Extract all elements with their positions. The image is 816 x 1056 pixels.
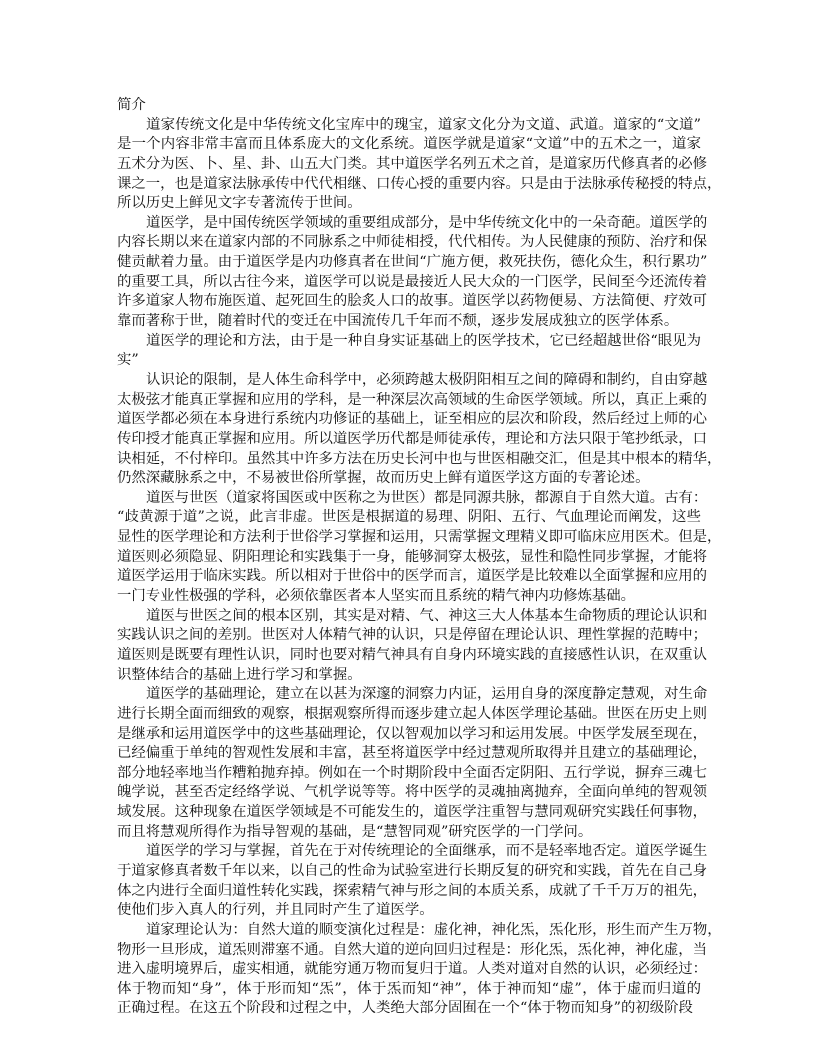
document-page: 简介 道家传统文化是中华传统文化宝库中的瑰宝，道家文化分为文道、武道。道家的“文… bbox=[117, 96, 701, 1019]
text-line: 道医与世医（道家将国医或中医称之为世医）都是同源共脉，都源自于自然大道。古有： bbox=[117, 489, 701, 509]
text-line: 传印授才能真正掌握和应用。所以道医学历代都是师徒承传，理论和方法只限于笔抄纸录，… bbox=[117, 430, 701, 450]
text-line: 道医学运用于临床实践。所以相对于世俗中的医学而言，道医学是比较难以全面掌握和应用… bbox=[117, 567, 701, 587]
text-line: 的重要工具，所以古往今来，道医学可以说是最接近人民大众的一门医学，民间至今还流传… bbox=[117, 273, 701, 293]
text-line: 识整体结合的基础上进行学习和掌握。 bbox=[117, 666, 701, 686]
text-line: 许多道家人物布施医道、起死回生的脍炙人口的故事。道医学以药物便易、方法简便、疗效… bbox=[117, 292, 701, 312]
paragraph: 道医学的学习与掌握，首先在于对传统理论的全面继承，而不是轻率地否定。道医学诞生于… bbox=[117, 842, 701, 921]
text-line: 道医学都必须在本身进行系统内功修证的基础上，证至相应的层次和阶段，然后经过上师的… bbox=[117, 410, 701, 430]
text-line: 道医学的学习与掌握，首先在于对传统理论的全面继承，而不是轻率地否定。道医学诞生 bbox=[117, 842, 701, 862]
text-line: 道医则是既要有理性认识，同时也要对精气神具有自身内环境实践的直接感性认识，在双重… bbox=[117, 646, 701, 666]
text-line: 靠而著称于世，随着时代的变迁在中国流传几千年而不颓，逐步发展成独立的医学体系。 bbox=[117, 312, 701, 332]
text-line: “歧黄源于道”之说，此言非虚。世医是根据道的易理、阴阳、五行、气血理论而阐发，这… bbox=[117, 508, 701, 528]
text-line: 已经偏重于单纯的智观性发展和丰富，甚至将道医学中经过慧观所取得并且建立的基础理论… bbox=[117, 744, 701, 764]
text-line: 显性的医学理论和方法利于世俗学习掌握和运用，只需掌握文理精义即可临床应用医术。但… bbox=[117, 528, 701, 548]
text-line: 是一个内容非常丰富而且体系庞大的文化系统。道医学就是道家“文道”中的五术之一，道… bbox=[117, 135, 701, 155]
paragraph: 道医与世医（道家将国医或中医称之为世医）都是同源共脉，都源自于自然大道。古有：“… bbox=[117, 489, 701, 607]
text-line: 道家理论认为：自然大道的顺变演化过程是：虚化神，神化炁，炁化形，形生而产生万物， bbox=[117, 921, 701, 941]
text-line: 体之内进行全面归道性转化实践，探索精气神与形之间的本质关系，成就了千千万万的祖先… bbox=[117, 882, 701, 902]
text-line: 认识论的限制，是人体生命科学中，必须跨越太极阴阳相互之间的障碍和制约，自由穿越 bbox=[117, 371, 701, 391]
paragraph: 道家传统文化是中华传统文化宝库中的瑰宝，道家文化分为文道、武道。道家的“文道”是… bbox=[117, 116, 701, 214]
text-line: 物形一旦形成，道炁则滞塞不通。自然大道的逆向回归过程是：形化炁，炁化神，神化虚，… bbox=[117, 941, 701, 961]
text-line: 进入虚明境界后，虚实相通，就能穷通万物而复归于道。人类对道对自然的认识，必须经过… bbox=[117, 960, 701, 980]
text-line: 正确过程。在这五个阶段和过程之中，人类绝大部分固囿在一个“体于物而知身”的初级阶… bbox=[117, 999, 701, 1019]
text-line: 道医学的基础理论，建立在以甚为深邃的洞察力内证，运用自身的深度静定慧观，对生命 bbox=[117, 685, 701, 705]
text-line: 于道家修真者数千年以来，以自己的性命为试验室进行长期反复的研究和实践，首先在自己… bbox=[117, 862, 701, 882]
text-line: 域发展。这种现象在道医学领域是不可能发生的，道医学注重智与慧同观研究实践任何事物… bbox=[117, 803, 701, 823]
text-line: 道医学的理论和方法，由于是一种自身实证基础上的医学技术，它已经超越世俗“眼见为 bbox=[117, 332, 701, 352]
text-line: 一门专业性极强的学科，必须依靠医者本人坚实而且系统的精气神内功修炼基础。 bbox=[117, 587, 701, 607]
paragraph: 道医学的理论和方法，由于是一种自身实证基础上的医学技术，它已经超越世俗“眼见为实… bbox=[117, 332, 701, 371]
text-line: 内容长期以来在道家内部的不同脉系之中师徒相授，代代相传。为人民健康的预防、治疗和… bbox=[117, 233, 701, 253]
text-line: 健贡献着力量。由于道医学是内功修真者在世间“广施方便，救死扶伤，德化众生，积行累… bbox=[117, 253, 701, 273]
text-line: 体于物而知“身”，体于形而知“炁”，体于炁而知“神”，体于神而知“虚”，体于虚而… bbox=[117, 980, 701, 1000]
paragraph: 道医学，是中国传统医学领域的重要组成部分，是中华传统文化中的一朵奇葩。道医学的内… bbox=[117, 214, 701, 332]
text-line: 是继承和运用道医学中的这些基础理论，仅以智观加以学习和运用发展。中医学发展至现在… bbox=[117, 725, 701, 745]
text-line: 道医学，是中国传统医学领域的重要组成部分，是中华传统文化中的一朵奇葩。道医学的 bbox=[117, 214, 701, 234]
text-line: 道医则必须隐显、阴阳理论和实践集于一身，能够洞穿太极弦，显性和隐性同步掌握，才能… bbox=[117, 548, 701, 568]
text-line: 五术分为医、卜、星、卦、山五大门类。其中道医学名列五术之首，是道家历代修真者的必… bbox=[117, 155, 701, 175]
text-line: 课之一，也是道家法脉承传中代代相继、口传心授的重要内容。只是由于法脉承传秘授的特… bbox=[117, 175, 701, 195]
text-line: 部分地轻率地当作糟粕抛弃掉。例如在一个时期阶段中全面否定阴阳、五行学说，摒弃三魂… bbox=[117, 764, 701, 784]
text-line: 进行长期全面而细致的观察，根据观察所得而逐步建立起人体医学理论基础。世医在历史上… bbox=[117, 705, 701, 725]
paragraph: 道医学的基础理论，建立在以甚为深邃的洞察力内证，运用自身的深度静定慧观，对生命进… bbox=[117, 685, 701, 842]
paragraph: 道家理论认为：自然大道的顺变演化过程是：虚化神，神化炁，炁化形，形生而产生万物，… bbox=[117, 921, 701, 1019]
section-heading: 简介 bbox=[117, 96, 701, 116]
text-line: 所以历史上鲜见文字专著流传于世间。 bbox=[117, 194, 701, 214]
text-line: 实” bbox=[117, 351, 701, 371]
paragraph: 道医与世医之间的根本区别，其实是对精、气、神这三大人体基本生命物质的理论认识和实… bbox=[117, 607, 701, 686]
text-line: 而且将慧观所得作为指导智观的基础，是“慧智同观”研究医学的一门学问。 bbox=[117, 823, 701, 843]
text-line: 实践认识之间的差别。世医对人体精气神的认识，只是停留在理论认识、理性掌握的范畴中… bbox=[117, 626, 701, 646]
text-line: 道医与世医之间的根本区别，其实是对精、气、神这三大人体基本生命物质的理论认识和 bbox=[117, 607, 701, 627]
text-line: 诀相延，不付梓印。虽然其中许多方法在历史长河中也与世医相融交汇，但是其中根本的精… bbox=[117, 450, 701, 470]
paragraph: 认识论的限制，是人体生命科学中，必须跨越太极阴阳相互之间的障碍和制约，自由穿越太… bbox=[117, 371, 701, 489]
document-body: 道家传统文化是中华传统文化宝库中的瑰宝，道家文化分为文道、武道。道家的“文道”是… bbox=[117, 116, 701, 1019]
text-line: 使他们步入真人的行列，并且同时产生了道医学。 bbox=[117, 901, 701, 921]
text-line: 太极弦才能真正掌握和应用的学科，是一种深层次高领域的生命医学领域。所以，真正上乘… bbox=[117, 391, 701, 411]
text-line: 魄学说，甚至否定经络学说、气机学说等等。将中医学的灵魂抽离抛弃，全面向单纯的智观… bbox=[117, 783, 701, 803]
text-line: 道家传统文化是中华传统文化宝库中的瑰宝，道家文化分为文道、武道。道家的“文道” bbox=[117, 116, 701, 136]
text-line: 仍然深藏脉系之中，不易被世俗所掌握，故而历史上鲜有道医学这方面的专著论述。 bbox=[117, 469, 701, 489]
